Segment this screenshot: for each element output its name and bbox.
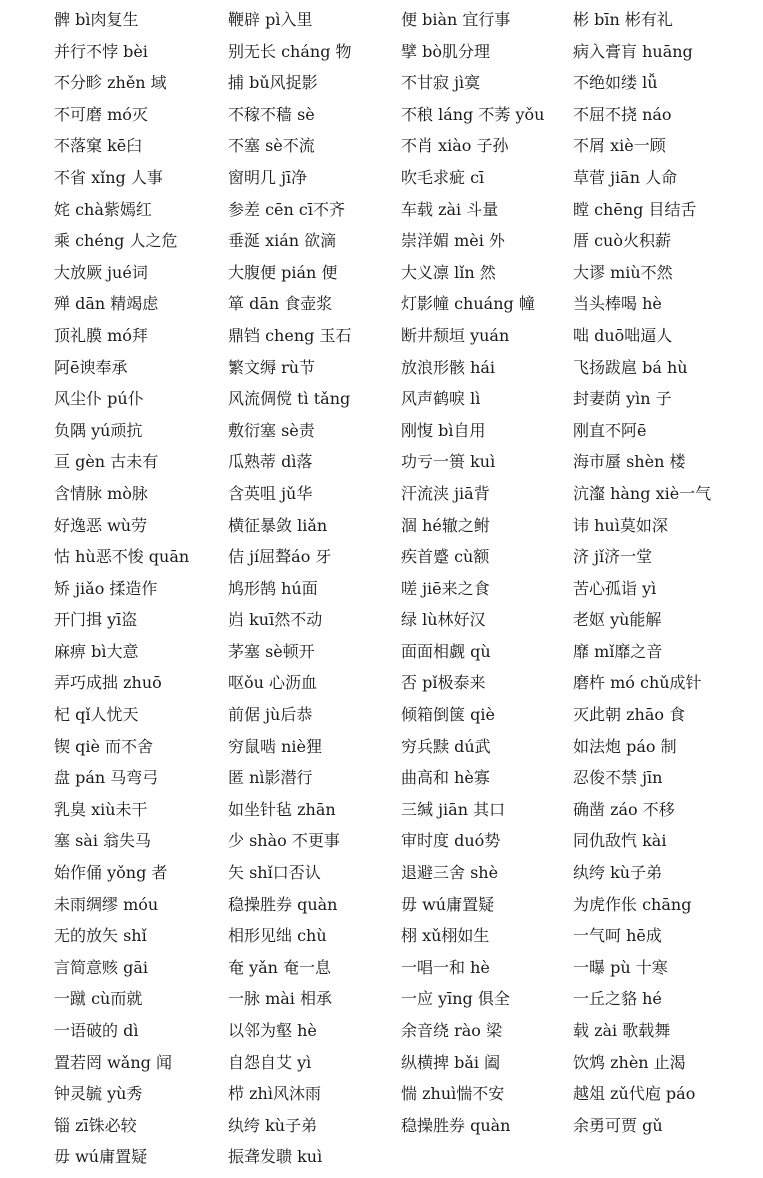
idiom-entry: 崇洋媚 mèi 外 xyxy=(401,225,544,257)
idiom-entry: 杞 qǐ人忧天 xyxy=(54,699,189,731)
idiom-entry: 疾首蹙 cù额 xyxy=(401,541,544,573)
idiom-entry: 矫 jiǎo 揉造作 xyxy=(54,573,189,605)
idiom-entry: 面面相觑 qù xyxy=(401,636,544,668)
idiom-entry: 毋 wú庸置疑 xyxy=(401,889,544,921)
idiom-entry: 一脉 mài 相承 xyxy=(228,983,352,1015)
idiom-entry: 不省 xǐng 人事 xyxy=(54,162,189,194)
idiom-entry: 呕ǒu 心沥血 xyxy=(228,667,352,699)
idiom-entry: 未雨绸缪 móu xyxy=(54,889,189,921)
idiom-entry: 大义凛 lǐn 然 xyxy=(401,257,544,289)
idiom-entry: 饮鸩 zhèn 止渴 xyxy=(573,1047,711,1079)
idiom-entry: 靡 mǐ靡之音 xyxy=(573,636,711,668)
idiom-entry: 风流倜傥 tì tǎng xyxy=(228,383,352,415)
idiom-entry: 含情脉 mò脉 xyxy=(54,478,189,510)
idiom-entry: 繁文缛 rù节 xyxy=(228,352,352,384)
idiom-entry: 曲高和 hè寡 xyxy=(401,762,544,794)
idiom-entry: 沆瀣 hàng xiè一气 xyxy=(573,478,711,510)
idiom-entry: 一曝 pù 十寒 xyxy=(573,952,711,984)
column-4: 彬 bīn 彬有礼病入膏肓 huāng不绝如缕 lǚ不屈不挠 náo不屑 xiè… xyxy=(573,4,711,1141)
idiom-entry: 鼎铛 cheng 玉石 xyxy=(228,320,352,352)
idiom-entry: 不落窠 kē臼 xyxy=(54,130,189,162)
idiom-entry: 绿 lù林好汉 xyxy=(401,604,544,636)
idiom-entry: 一丘之貉 hé xyxy=(573,983,711,1015)
idiom-entry: 灯影幢 chuáng 幢 xyxy=(401,288,544,320)
idiom-entry: 怙 hù恶不悛 quān xyxy=(54,541,189,573)
idiom-entry: 振聋发聩 kuì xyxy=(228,1141,352,1173)
idiom-entry: 大谬 miù不然 xyxy=(573,257,711,289)
idiom-entry: 茅塞 sè顿开 xyxy=(228,636,352,668)
idiom-entry: 风尘仆 pú仆 xyxy=(54,383,189,415)
idiom-entry: 余勇可贾 gǔ xyxy=(573,1110,711,1142)
idiom-entry: 大腹便 pián 便 xyxy=(228,257,352,289)
idiom-entry: 不塞 sè不流 xyxy=(228,130,352,162)
idiom-entry: 不屈不挠 náo xyxy=(573,99,711,131)
idiom-entry: 岿 kuī然不动 xyxy=(228,604,352,636)
idiom-entry: 同仇敌忾 kài xyxy=(573,825,711,857)
idiom-entry: 髀 bì肉复生 xyxy=(54,4,189,36)
idiom-entry: 横征暴敛 liǎn xyxy=(228,510,352,542)
idiom-entry: 顶礼膜 mó拜 xyxy=(54,320,189,352)
idiom-entry: 乳臭 xiù未干 xyxy=(54,794,189,826)
idiom-entry: 始作俑 yǒng 者 xyxy=(54,857,189,889)
idiom-entry: 殚 dān 精竭虑 xyxy=(54,288,189,320)
idiom-entry: 栉 zhì风沐雨 xyxy=(228,1078,352,1110)
idiom-entry: 忍俊不禁 jīn xyxy=(573,762,711,794)
idiom-entry: 惴 zhuì惴不安 xyxy=(401,1078,544,1110)
idiom-entry: 纵横捭 bǎi 阖 xyxy=(401,1047,544,1079)
idiom-entry: 否 pǐ极泰来 xyxy=(401,667,544,699)
idiom-entry: 确凿 záo 不移 xyxy=(573,794,711,826)
idiom-entry: 栩 xǔ栩如生 xyxy=(401,920,544,952)
idiom-entry: 少 shào 不更事 xyxy=(228,825,352,857)
idiom-entry: 老妪 yù能解 xyxy=(573,604,711,636)
idiom-entry: 苦心孤诣 yì xyxy=(573,573,711,605)
idiom-entry: 自怨自艾 yì xyxy=(228,1047,352,1079)
idiom-entry: 稳操胜券 quàn xyxy=(228,889,352,921)
idiom-entry: 审时度 duó势 xyxy=(401,825,544,857)
idiom-entry: 置若罔 wǎng 闻 xyxy=(54,1047,189,1079)
idiom-entry: 无的放矢 shǐ xyxy=(54,920,189,952)
idiom-entry: 厝 cuò火积薪 xyxy=(573,225,711,257)
idiom-entry: 不稼不穑 sè xyxy=(228,99,352,131)
idiom-entry: 为虎作伥 chāng xyxy=(573,889,711,921)
idiom-entry: 磨杵 mó chǔ成针 xyxy=(573,667,711,699)
idiom-entry: 越俎 zǔ代庖 páo xyxy=(573,1078,711,1110)
idiom-entry: 弄巧成拙 zhuō xyxy=(54,667,189,699)
idiom-entry: 不稂 láng 不莠 yǒu xyxy=(401,99,544,131)
idiom-entry: 刚直不阿ē xyxy=(573,415,711,447)
idiom-entry: 奄 yǎn 奄一息 xyxy=(228,952,352,984)
idiom-entry: 三缄 jiān 其口 xyxy=(401,794,544,826)
idiom-entry: 姹 chà紫嫣红 xyxy=(54,194,189,226)
idiom-entry: 鸠形鹄 hú面 xyxy=(228,573,352,605)
idiom-entry: 彬 bīn 彬有礼 xyxy=(573,4,711,36)
idiom-entry: 如法炮 páo 制 xyxy=(573,731,711,763)
idiom-entry: 毋 wú庸置疑 xyxy=(54,1141,189,1173)
idiom-entry: 负隅 yú顽抗 xyxy=(54,415,189,447)
idiom-entry: 开门揖 yī盗 xyxy=(54,604,189,636)
idiom-entry: 参差 cēn cī不齐 xyxy=(228,194,352,226)
idiom-entry: 封妻荫 yìn 子 xyxy=(573,383,711,415)
idiom-entry: 纨绔 kù子弟 xyxy=(573,857,711,889)
idiom-entry: 鞭辟 pì入里 xyxy=(228,4,352,36)
idiom-entry: 放浪形骸 hái xyxy=(401,352,544,384)
idiom-entry: 别无长 cháng 物 xyxy=(228,36,352,68)
idiom-entry: 亘 gèn 古未有 xyxy=(54,446,189,478)
idiom-entry: 讳 huì莫如深 xyxy=(573,510,711,542)
idiom-entry: 车载 zài 斗量 xyxy=(401,194,544,226)
idiom-entry: 敷衍塞 sè责 xyxy=(228,415,352,447)
idiom-entry: 以邻为壑 hè xyxy=(228,1015,352,1047)
idiom-entry: 矢 shǐ口否认 xyxy=(228,857,352,889)
idiom-entry: 纨绔 kù子弟 xyxy=(228,1110,352,1142)
idiom-entry: 麻痹 bì大意 xyxy=(54,636,189,668)
idiom-entry: 涸 hé辙之鲋 xyxy=(401,510,544,542)
idiom-entry: 济 jǐ济一堂 xyxy=(573,541,711,573)
idiom-entry: 灭此朝 zhāo 食 xyxy=(573,699,711,731)
idiom-entry: 断井颓垣 yuán xyxy=(401,320,544,352)
idiom-entry: 稳操胜券 quàn xyxy=(401,1110,544,1142)
idiom-entry: 钟灵毓 yù秀 xyxy=(54,1078,189,1110)
idiom-entry: 好逸恶 wù劳 xyxy=(54,510,189,542)
idiom-entry: 大放厥 jué词 xyxy=(54,257,189,289)
idiom-entry: 穷兵黩 dú武 xyxy=(401,731,544,763)
idiom-entry: 功亏一篑 kuì xyxy=(401,446,544,478)
column-2: 鞭辟 pì入里别无长 cháng 物捕 bǔ风捉影不稼不穑 sè不塞 sè不流窗… xyxy=(228,4,352,1173)
idiom-entry: 锱 zī铢必较 xyxy=(54,1110,189,1142)
idiom-entry: 箪 dān 食壶浆 xyxy=(228,288,352,320)
idiom-entry: 载 zài 歌载舞 xyxy=(573,1015,711,1047)
column-1: 髀 bì肉复生并行不悖 bèi不分畛 zhěn 域不可磨 mó灭不落窠 kē臼不… xyxy=(54,4,189,1173)
idiom-entry: 瓜熟蒂 dì落 xyxy=(228,446,352,478)
idiom-entry: 盘 pán 马弯弓 xyxy=(54,762,189,794)
idiom-entry: 相形见绌 chù xyxy=(228,920,352,952)
idiom-entry: 乘 chéng 人之危 xyxy=(54,225,189,257)
idiom-entry: 一气呵 hē成 xyxy=(573,920,711,952)
idiom-entry: 吹毛求疵 cī xyxy=(401,162,544,194)
idiom-entry: 咄 duō咄逼人 xyxy=(573,320,711,352)
idiom-entry: 瞠 chēng 目结舌 xyxy=(573,194,711,226)
idiom-entry: 并行不悖 bèi xyxy=(54,36,189,68)
idiom-entry: 刚愎 bì自用 xyxy=(401,415,544,447)
idiom-entry: 言简意赅 gāi xyxy=(54,952,189,984)
idiom-entry: 病入膏肓 huāng xyxy=(573,36,711,68)
idiom-entry: 一应 yīng 俱全 xyxy=(401,983,544,1015)
idiom-entry: 一唱一和 hè xyxy=(401,952,544,984)
idiom-entry: 嗟 jiē来之食 xyxy=(401,573,544,605)
idiom-entry: 不绝如缕 lǚ xyxy=(573,67,711,99)
idiom-entry: 不甘寂 jì寞 xyxy=(401,67,544,99)
idiom-entry: 当头棒喝 hè xyxy=(573,288,711,320)
idiom-entry: 匿 nì影潜行 xyxy=(228,762,352,794)
idiom-entry: 垂涎 xián 欲滴 xyxy=(228,225,352,257)
idiom-entry: 海市蜃 shèn 楼 xyxy=(573,446,711,478)
idiom-entry: 前倨 jù后恭 xyxy=(228,699,352,731)
idiom-entry: 一语破的 dì xyxy=(54,1015,189,1047)
idiom-entry: 捕 bǔ风捉影 xyxy=(228,67,352,99)
idiom-entry: 不肖 xiào 子孙 xyxy=(401,130,544,162)
idiom-entry: 风声鹤唳 lì xyxy=(401,383,544,415)
idiom-entry: 退避三舍 shè xyxy=(401,857,544,889)
idiom-entry: 阿ē谀奉承 xyxy=(54,352,189,384)
idiom-entry: 含英咀 jǔ华 xyxy=(228,478,352,510)
idiom-entry: 塞 sài 翁失马 xyxy=(54,825,189,857)
column-3: 便 biàn 宜行事擘 bò肌分理不甘寂 jì寞不稂 láng 不莠 yǒu不肖… xyxy=(401,4,544,1141)
idiom-entry: 穷鼠啮 niè狸 xyxy=(228,731,352,763)
idiom-entry: 倾箱倒箧 qiè xyxy=(401,699,544,731)
idiom-entry: 一蹴 cù而就 xyxy=(54,983,189,1015)
idiom-entry: 窗明几 jī净 xyxy=(228,162,352,194)
idiom-entry: 不分畛 zhěn 域 xyxy=(54,67,189,99)
idiom-entry: 不屑 xiè一顾 xyxy=(573,130,711,162)
idiom-entry: 余音绕 rào 梁 xyxy=(401,1015,544,1047)
idiom-entry: 如坐针毡 zhān xyxy=(228,794,352,826)
idiom-entry: 锲 qiè 而不舍 xyxy=(54,731,189,763)
idiom-entry: 草菅 jiān 人命 xyxy=(573,162,711,194)
idiom-entry: 擘 bò肌分理 xyxy=(401,36,544,68)
idiom-entry: 佶 jí屈聱áo 牙 xyxy=(228,541,352,573)
idiom-entry: 不可磨 mó灭 xyxy=(54,99,189,131)
idiom-entry: 汗流浃 jiā背 xyxy=(401,478,544,510)
idiom-entry: 飞扬跋扈 bá hù xyxy=(573,352,711,384)
idiom-entry: 便 biàn 宜行事 xyxy=(401,4,544,36)
